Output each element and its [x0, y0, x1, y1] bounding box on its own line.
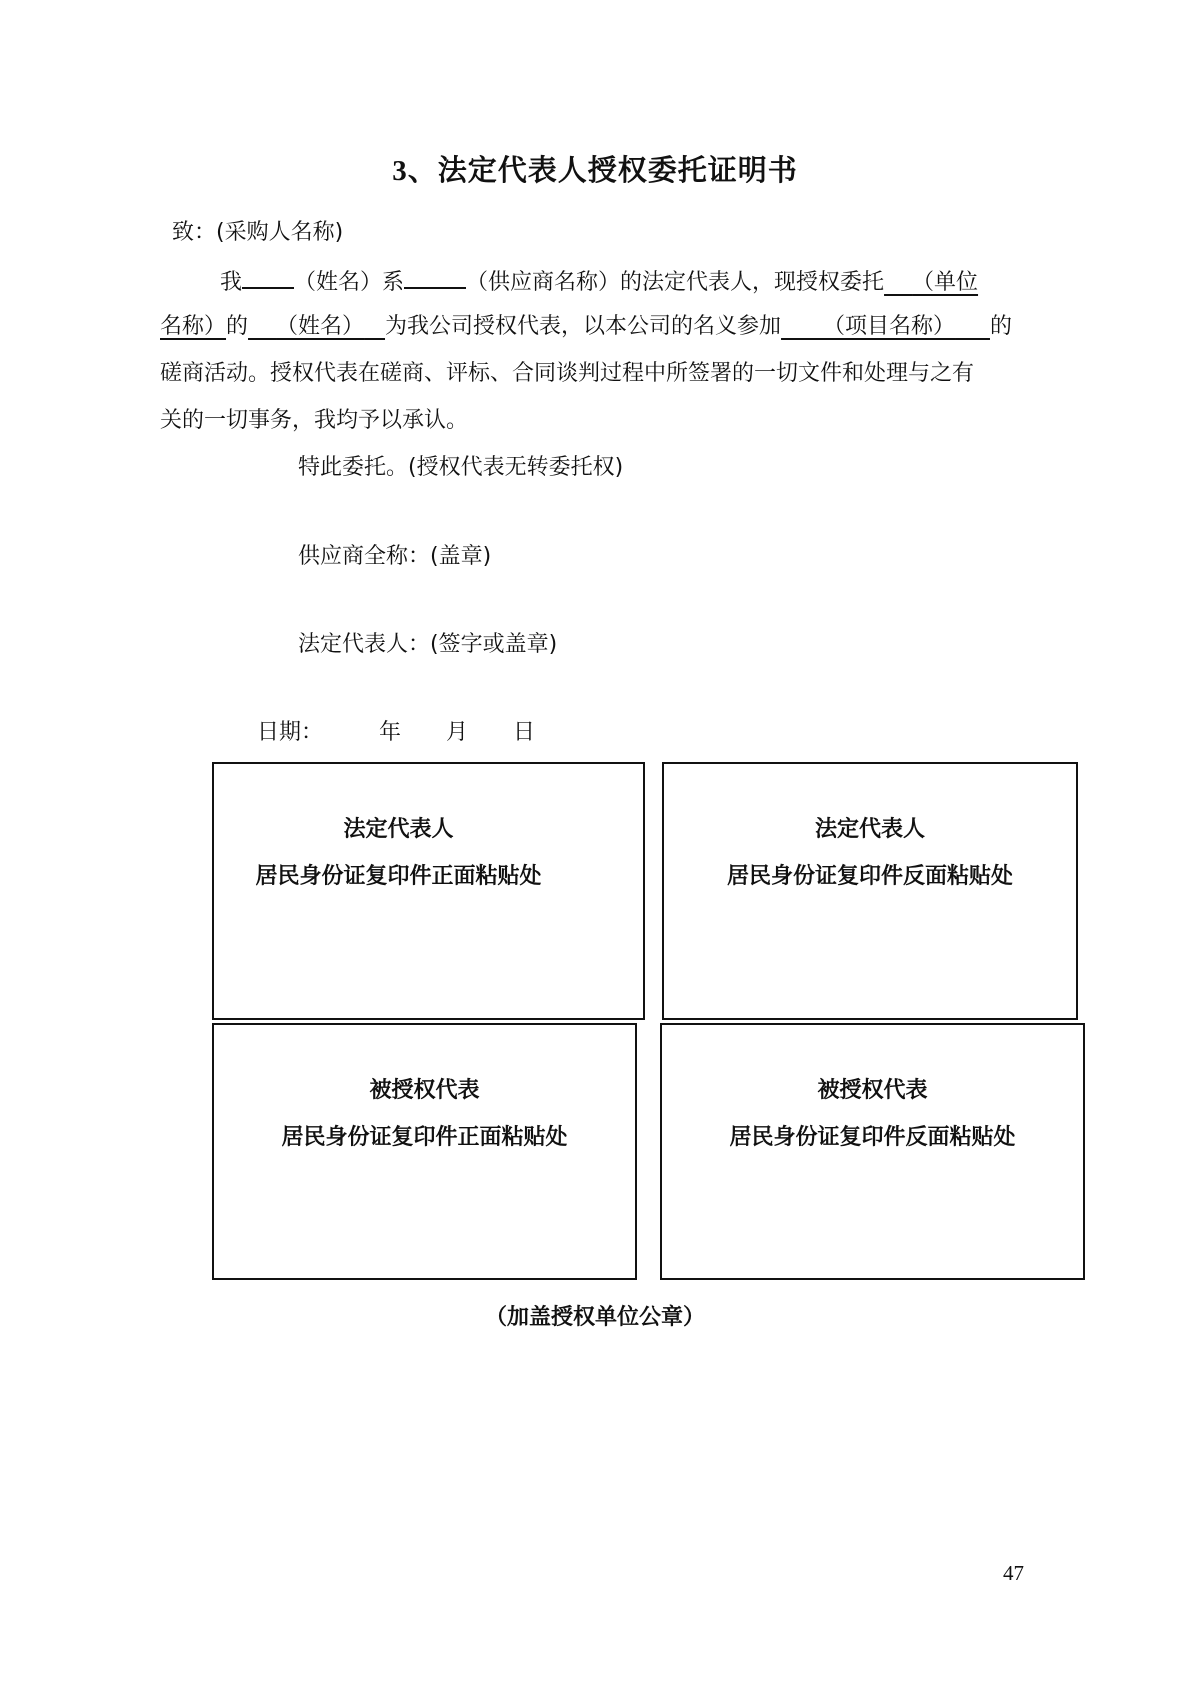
name-blank[interactable] — [242, 265, 294, 289]
date-label: 日期： — [257, 720, 323, 745]
title-text: 法定代表人授权委托证明书 — [438, 153, 798, 187]
paragraph-line-4: 关的一切事务，我均予以承认。 — [160, 406, 468, 436]
legal-rep-signature-line: 法定代表人：(签字或盖章) — [298, 630, 557, 660]
unit-name-field-cont[interactable]: 名称） — [160, 314, 226, 339]
supplier-signature-line: 供应商全称：(盖章) — [298, 542, 491, 572]
date-day: 日 — [513, 720, 535, 745]
special-note: 特此委托。(授权代表无转委托权) — [298, 453, 623, 483]
page-title: 3、法定代表人授权委托证明书 — [0, 148, 1190, 189]
rep-name-placeholder: （姓名） — [276, 314, 364, 339]
unit-name-field[interactable]: （单位 — [884, 270, 978, 295]
text-segment: 为我公司授权代表，以本公司的名义参加 — [385, 314, 781, 339]
title-number: 3 — [392, 155, 408, 187]
id-box-authorized-rep-front[interactable]: 被授权代表 居民身份证复印件正面粘贴处 — [212, 1023, 637, 1280]
date-year: 年 — [379, 720, 401, 745]
project-name-placeholder: （项目名称） — [823, 314, 955, 339]
paragraph-line-3: 磋商活动。授权代表在磋商、评标、合同谈判过程中所签署的一切文件和处理与之有 — [160, 359, 974, 389]
box-heading: 被授权代表 — [214, 1073, 635, 1104]
date-month: 月 — [446, 720, 468, 745]
id-box-authorized-rep-back[interactable]: 被授权代表 居民身份证复印件反面粘贴处 — [660, 1023, 1085, 1280]
text-segment: （供应商名称）的法定代表人，现授权委托 — [466, 270, 884, 295]
id-box-legal-rep-back[interactable]: 法定代表人 居民身份证复印件反面粘贴处 — [662, 762, 1078, 1020]
box-instruction: 居民身份证复印件反面粘贴处 — [662, 1120, 1083, 1151]
box-instruction: 居民身份证复印件反面粘贴处 — [664, 859, 1076, 890]
addressee: 致：(采购人名称) — [172, 218, 343, 248]
unit-name-placeholder: （单位 — [912, 270, 978, 295]
id-box-legal-rep-front[interactable]: 法定代表人 居民身份证复印件正面粘贴处 — [212, 762, 645, 1020]
supplier-name-blank[interactable] — [404, 265, 466, 289]
project-name-field[interactable]: （项目名称） — [781, 314, 990, 339]
seal-note: （加盖授权单位公章） — [0, 1300, 1190, 1331]
text-segment: （姓名）系 — [294, 270, 404, 295]
date-line: 日期：年月日 — [257, 718, 535, 748]
box-heading: 被授权代表 — [662, 1073, 1083, 1104]
rep-name-field[interactable]: （姓名） — [248, 314, 385, 339]
box-heading: 法定代表人 — [184, 812, 613, 843]
text-segment: 的 — [990, 314, 1012, 339]
box-instruction: 居民身份证复印件正面粘贴处 — [214, 1120, 635, 1151]
box-heading: 法定代表人 — [664, 812, 1076, 843]
text-segment: 的 — [226, 314, 248, 339]
paragraph-line-1: 我（姓名）系（供应商名称）的法定代表人，现授权委托 （单位 — [220, 265, 978, 298]
page-number: 47 — [1003, 1561, 1024, 1586]
box-instruction: 居民身份证复印件正面粘贴处 — [184, 859, 613, 890]
paragraph-line-2: 名称）的 （姓名） 为我公司授权代表，以本公司的名义参加 （项目名称） 的 — [160, 312, 1012, 342]
text-segment: 我 — [220, 270, 242, 295]
title-separator: 、 — [408, 153, 438, 187]
